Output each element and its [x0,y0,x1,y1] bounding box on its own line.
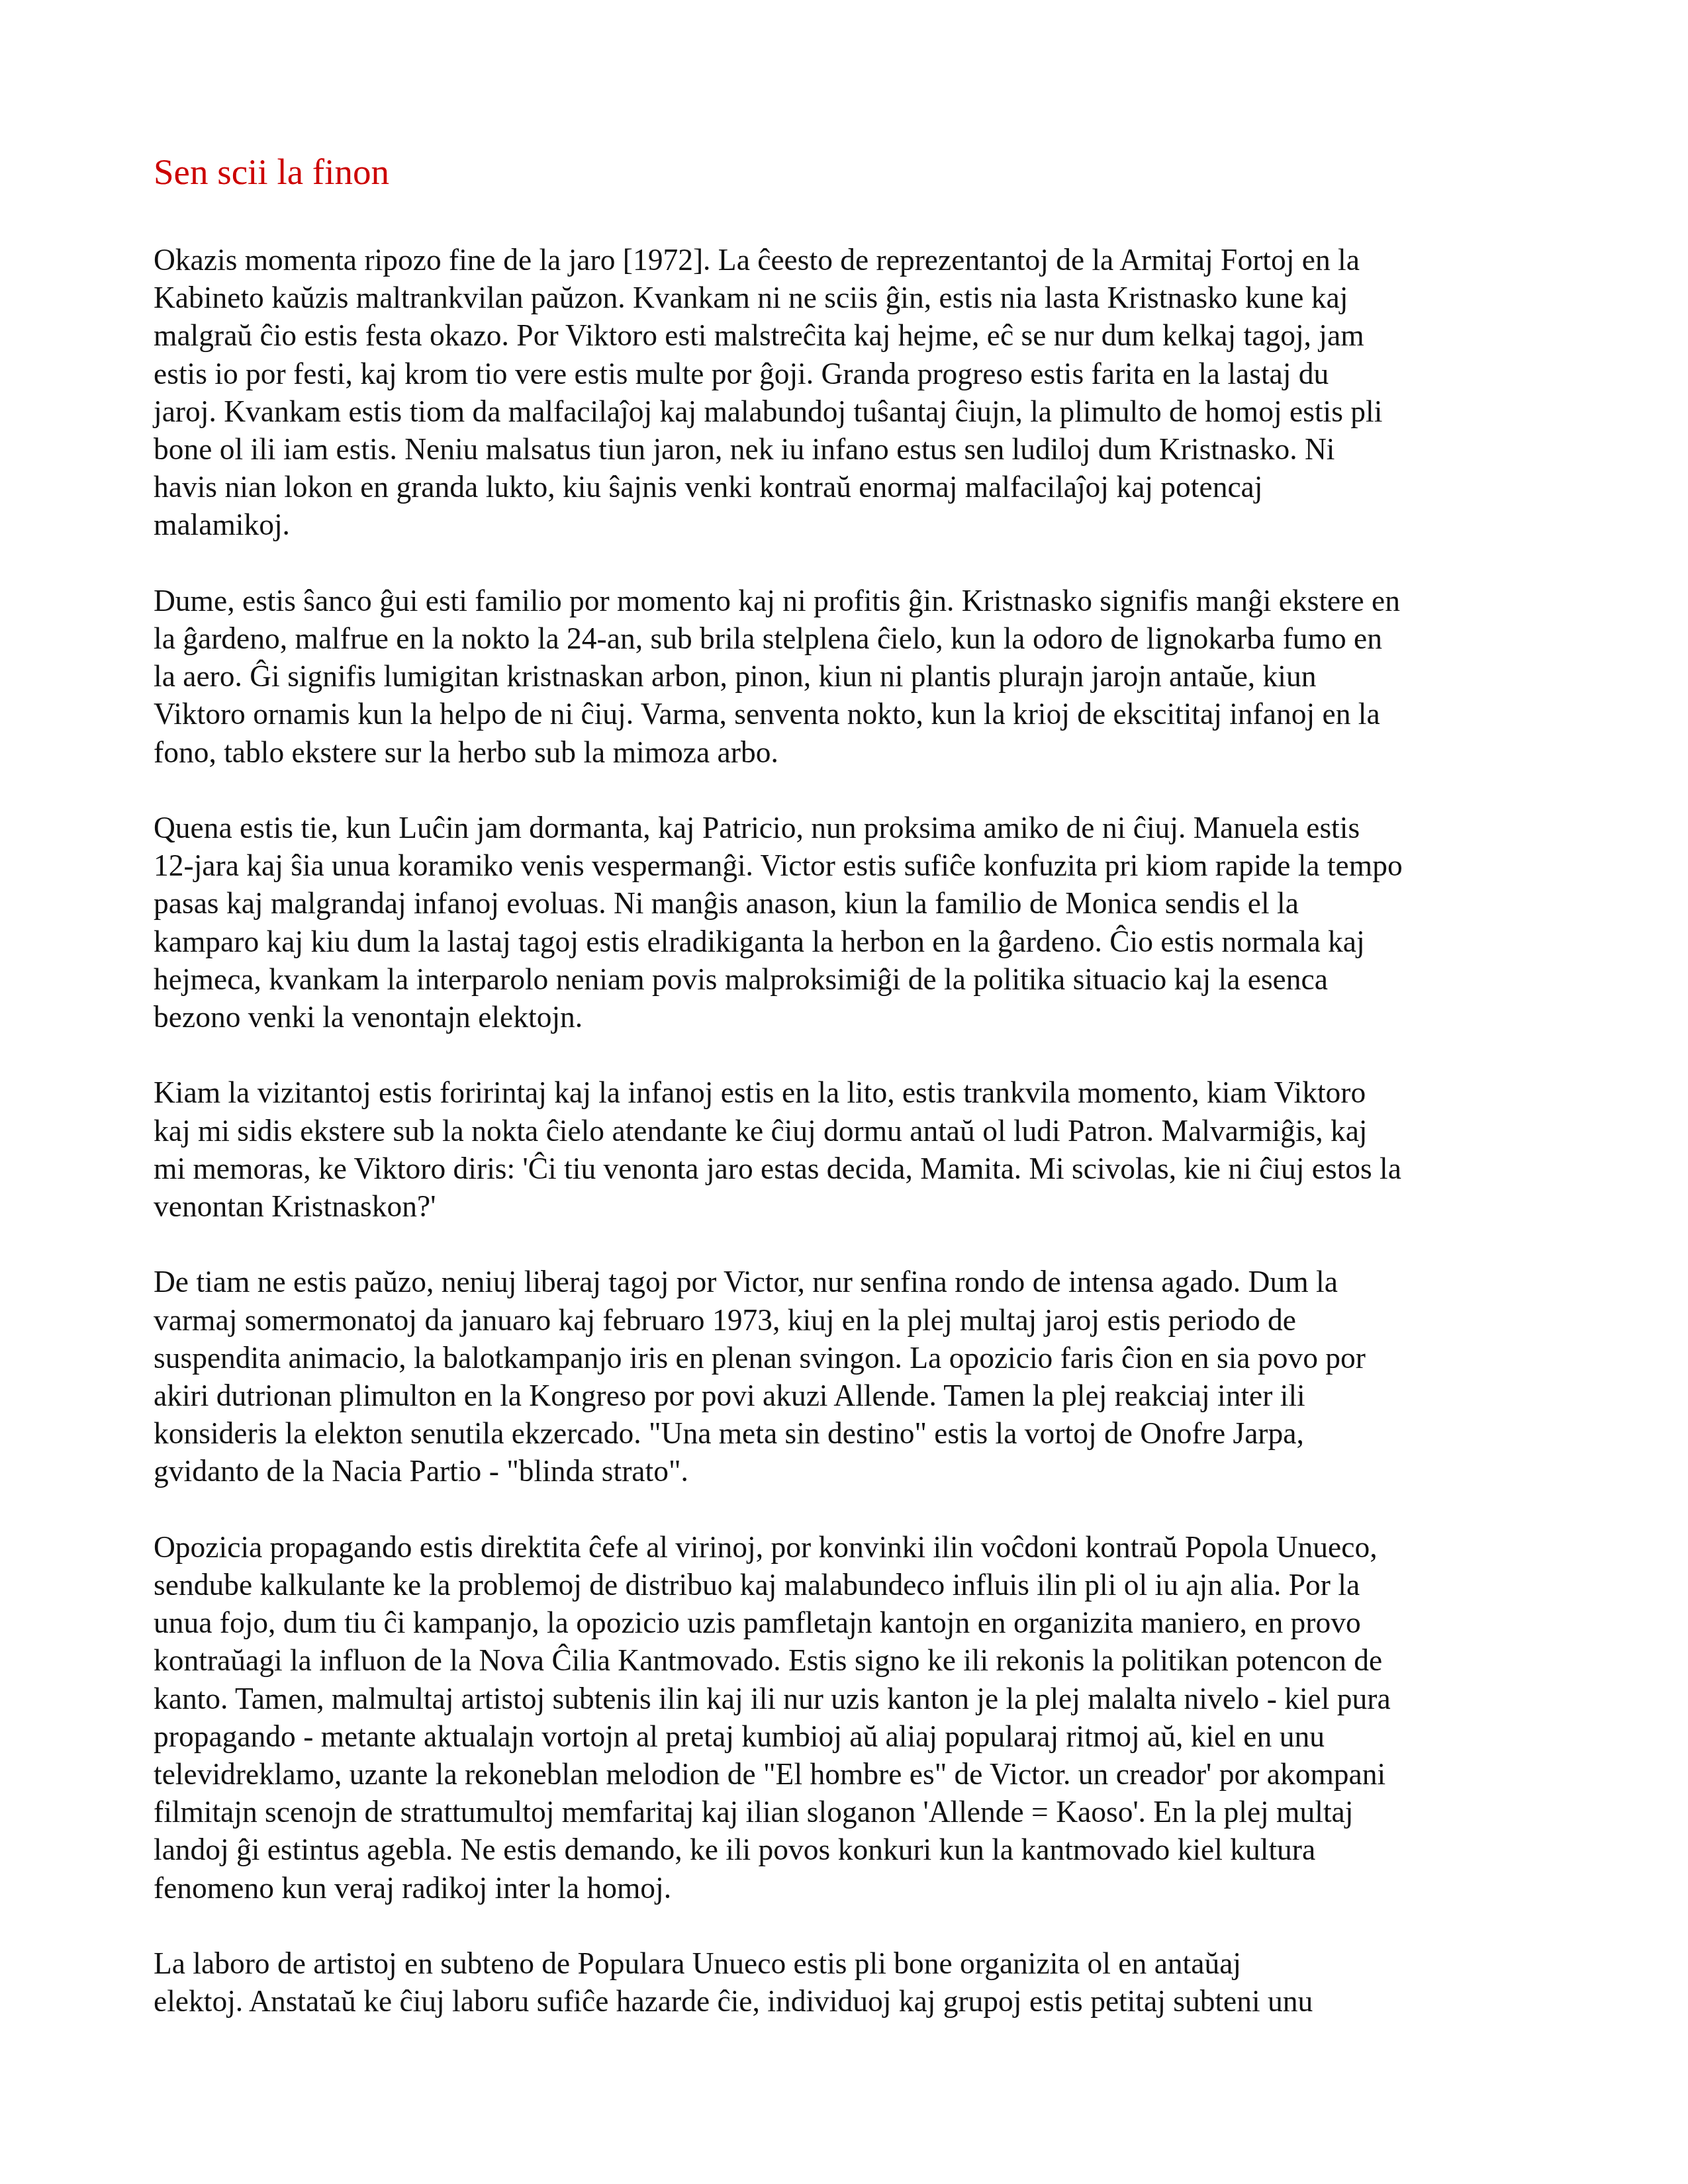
paragraph-7: La laboro de artistoj en subteno de Popu… [154,1944,1544,2020]
text-line: propagando - metante aktualajn vortojn a… [154,1717,1544,1755]
paragraph-3: Quena estis tie, kun Luĉin jam dormanta,… [154,809,1544,1036]
text-line: kaj mi sidis ekstere sub la nokta ĉielo … [154,1112,1544,1150]
text-line: filmitajn scenojn de strattumultoj memfa… [154,1793,1544,1831]
text-line: Kiam la vizitantoj estis foririntaj kaj … [154,1073,1544,1111]
text-line: hejmeca, kvankam la interparolo neniam p… [154,960,1544,998]
text-line: konsideris la elekton senutila ekzercado… [154,1414,1544,1452]
text-line: havis nian lokon en granda lukto, kiu ŝa… [154,468,1544,506]
text-line: suspendita animacio, la balotkampanjo ir… [154,1339,1544,1377]
text-line: kamparo kaj kiu dum la lastaj tagoj esti… [154,923,1544,960]
text-line: fono, tablo ekstere sur la herbo sub la … [154,733,1544,771]
text-line: Kabineto kaŭzis maltrankvilan paŭzon. Kv… [154,279,1544,316]
text-line: Dume, estis ŝanco ĝui esti familio por m… [154,582,1544,619]
document-page: Sen scii la finon Okazis momenta ripozo … [154,151,1544,2058]
paragraph-4: Kiam la vizitantoj estis foririntaj kaj … [154,1073,1544,1225]
text-line: venontan Kristnaskon?' [154,1187,1544,1225]
text-line: akiri dutrionan plimulton en la Kongreso… [154,1377,1544,1414]
text-line: elektoj. Anstataŭ ke ĉiuj laboru sufiĉe … [154,1982,1544,2020]
paragraph-6: Opozicia propagando estis direktita ĉefe… [154,1528,1544,1907]
text-line: televidreklamo, uzante la rekoneblan mel… [154,1755,1544,1793]
text-line: malgraŭ ĉio estis festa okazo. Por Vikto… [154,316,1544,354]
text-line: kanto. Tamen, malmultaj artistoj subteni… [154,1680,1544,1717]
text-line: fenomeno kun veraj radikoj inter la homo… [154,1869,1544,1907]
text-line: gvidanto de la Nacia Partio - "blinda st… [154,1452,1544,1490]
text-line: estis io por festi, kaj krom tio vere es… [154,355,1544,392]
text-line: kontraŭagi la influon de la Nova Ĉilia K… [154,1641,1544,1679]
text-line: malamikoj. [154,506,1544,543]
text-line: jaroj. Kvankam estis tiom da malfacilaĵo… [154,392,1544,430]
document-title: Sen scii la finon [154,151,1544,193]
paragraph-2: Dume, estis ŝanco ĝui esti familio por m… [154,582,1544,771]
text-line: Opozicia propagando estis direktita ĉefe… [154,1528,1544,1566]
text-line: la ĝardeno, malfrue en la nokto la 24-an… [154,619,1544,657]
text-line: De tiam ne estis paŭzo, neniuj liberaj t… [154,1263,1544,1300]
text-line: pasas kaj malgrandaj infanoj evoluas. Ni… [154,884,1544,922]
text-line: landoj ĝi estintus agebla. Ne estis dema… [154,1831,1544,1868]
text-line: bezono venki la venontajn elektojn. [154,998,1544,1036]
paragraph-5: De tiam ne estis paŭzo, neniuj liberaj t… [154,1263,1544,1490]
text-line: Okazis momenta ripozo fine de la jaro [1… [154,241,1544,279]
text-line: la aero. Ĝi signifis lumigitan kristnask… [154,657,1544,695]
text-line: bone ol ili iam estis. Neniu malsatus ti… [154,430,1544,468]
text-line: mi memoras, ke Viktoro diris: 'Ĉi tiu ve… [154,1150,1544,1187]
text-line: varmaj somermonatoj da januaro kaj febru… [154,1301,1544,1339]
text-line: La laboro de artistoj en subteno de Popu… [154,1944,1544,1982]
paragraph-1: Okazis momenta ripozo fine de la jaro [1… [154,241,1544,544]
text-line: Quena estis tie, kun Luĉin jam dormanta,… [154,809,1544,846]
text-line: unua fojo, dum tiu ĉi kampanjo, la opozi… [154,1604,1544,1641]
text-line: 12-jara kaj ŝia unua koramiko venis vesp… [154,846,1544,884]
text-line: Viktoro ornamis kun la helpo de ni ĉiuj.… [154,695,1544,733]
text-line: sendube kalkulante ke la problemoj de di… [154,1566,1544,1604]
